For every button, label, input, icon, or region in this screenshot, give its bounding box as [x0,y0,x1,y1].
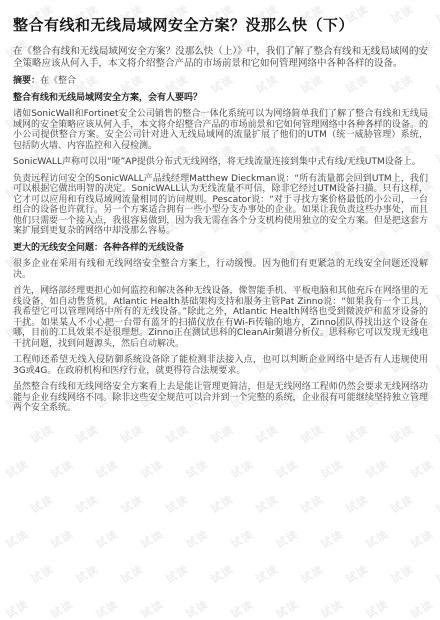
watermark-text: 试读 [253,491,282,517]
section-heading-integration: 整合有线和无线局域网安全方案，会有人要吗？ [13,93,428,104]
watermark-text: 试读 [253,421,282,447]
watermark-text: 试读 [298,421,327,447]
watermark-text: 试读 [343,561,372,587]
watermark-text: 试读 [433,421,440,447]
watermark-text: 试读 [3,526,32,552]
paragraph: 诸如SonicWall和Fortinet安全公司销售的整合一体化系统可以为网络简… [13,109,428,151]
watermark-text: 试读 [183,596,212,620]
watermark-text: 试读 [183,456,212,482]
watermark-text: 试读 [163,491,192,517]
watermark-text: 试读 [118,421,147,447]
watermark-text: 试读 [388,421,417,447]
watermark-text: 试读 [408,456,437,482]
paragraph: 很多企业在采用有线和无线网络安全整合方案上，行动缓慢。因为他们有更紧急的无线安全… [13,259,428,280]
watermark-text: 试读 [93,596,122,620]
watermark-text: 试读 [73,491,102,517]
watermark-text: 试读 [318,456,347,482]
paragraph: 负责远程访问安全的SonicWALL产品线经理Matthew Dieckman说… [13,174,428,237]
watermark-text: 试读 [28,421,57,447]
watermark-text: 试读 [408,526,437,552]
watermark-text: 试读 [228,526,257,552]
watermark-text: 试读 [118,561,147,587]
paragraph: 首先，网络部经理更担心如何监控和解决各种无线设备，像智能手机、平板电脑和其他充斥… [13,286,428,349]
watermark-text: 试读 [3,456,32,482]
watermark-text: 试读 [363,526,392,552]
watermark-text: 试读 [318,596,347,620]
watermark-text: 试读 [388,491,417,517]
paragraph: 虽然整合有线和无线网络安全方案看上去是能让管理更简洁，但是无线网络工程师仍然会要… [13,382,428,414]
watermark-text: 试读 [73,561,102,587]
watermark-text: 试读 [73,421,102,447]
watermark-text: 试读 [433,561,440,587]
article: 整合有线和无线局域网安全方案？没那么快（下） 在《整合有线和无线局域网安全方案？… [0,0,440,414]
watermark-text: 试读 [253,561,282,587]
abstract-text: 在《整合 [40,76,76,86]
abstract-line: 摘要：在《整合 [13,76,428,87]
watermark-text: 试读 [343,491,372,517]
watermark-text: 试读 [163,421,192,447]
watermark-text: 试读 [298,491,327,517]
watermark-text: 试读 [388,561,417,587]
abstract-label: 摘要： [13,76,40,86]
watermark-text: 试读 [163,561,192,587]
watermark-text: 试读 [3,596,32,620]
watermark-text: 试读 [273,596,302,620]
paragraph: SonicWALL声称可以用“哑”AP提供分布式无线网络，将无线流量连接到集中式… [13,157,428,168]
watermark-text: 试读 [273,526,302,552]
watermark-text: 试读 [28,491,57,517]
watermark-text: 试读 [93,526,122,552]
watermark-text: 试读 [273,456,302,482]
watermark-text: 试读 [208,421,237,447]
watermark-text: 试读 [138,526,167,552]
page-title: 整合有线和无线局域网安全方案？没那么快（下） [13,16,428,35]
paragraph: 工程师还希望无线入侵防御系统设备除了能检测非法接入点，也可以判断企业网络中是否有… [13,355,428,376]
watermark-text: 试读 [208,491,237,517]
watermark-text: 试读 [118,491,147,517]
watermark-text: 试读 [318,526,347,552]
watermark-text: 试读 [138,596,167,620]
watermark-text: 试读 [93,456,122,482]
watermark-text: 试读 [363,596,392,620]
watermark-text: 试读 [408,596,437,620]
section-heading-wireless-devices: 更大的无线安全问题：各种各样的无线设备 [13,243,428,254]
watermark-text: 试读 [363,456,392,482]
watermark-text: 试读 [28,561,57,587]
watermark-text: 试读 [138,456,167,482]
watermark-text: 试读 [208,561,237,587]
watermark-text: 试读 [48,596,77,620]
document-page: 试读试读试读试读试读试读试读试读试读试读试读试读试读试读试读试读试读试读试读试读… [0,0,440,620]
watermark-text: 试读 [228,596,257,620]
watermark-text: 试读 [228,456,257,482]
watermark-text: 试读 [433,491,440,517]
watermark-text: 试读 [343,421,372,447]
watermark-text: 试读 [48,526,77,552]
intro-paragraph: 在《整合有线和无线局域网安全方案？没那么快（上）》中，我们了解了整合有线和无线局… [13,46,428,70]
watermark-text: 试读 [183,526,212,552]
watermark-text: 试读 [298,561,327,587]
watermark-text: 试读 [48,456,77,482]
